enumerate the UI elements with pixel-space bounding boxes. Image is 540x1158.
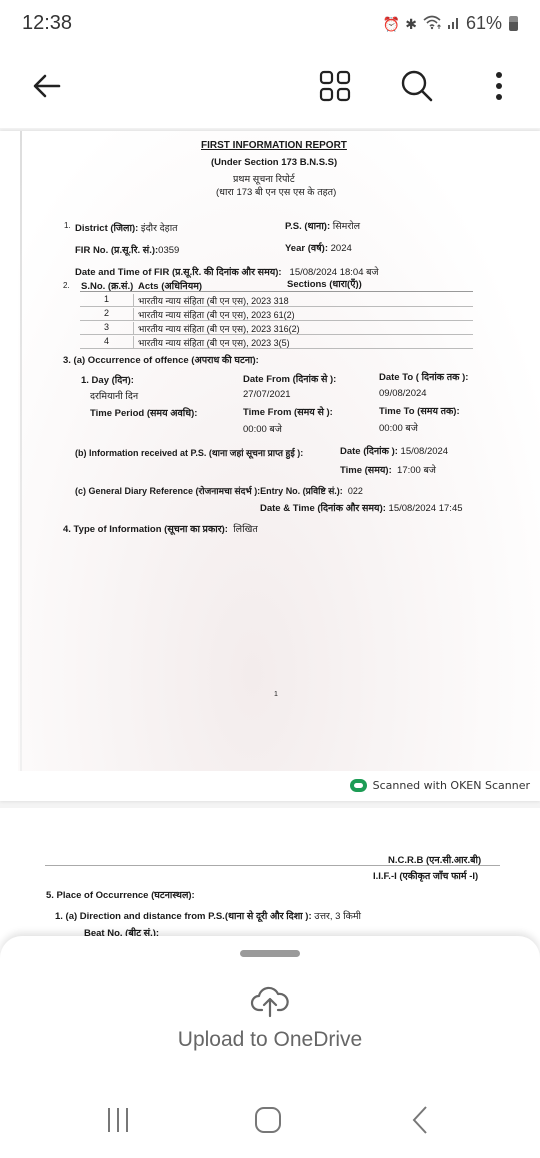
acts-column-divider <box>133 308 134 321</box>
acts-row-divider <box>80 334 473 335</box>
upload-to-onedrive-button[interactable]: Upload to OneDrive <box>150 986 390 1066</box>
back-arrow-icon <box>31 70 63 102</box>
info-date-label: Date (दिनांक ): <box>340 446 398 457</box>
info-type-label: 4. Type of Information (सूचना का प्रकार)… <box>63 524 228 535</box>
wifi-icon <box>422 14 442 34</box>
time-to-value: 00:00 बजे <box>379 421 418 434</box>
ps-value: सिमरोल <box>333 221 360 232</box>
home-icon <box>254 1106 282 1134</box>
district-value: इंदौर देहात <box>141 223 178 234</box>
report-title-hindi: प्रथम सूचना रिपोर्ट <box>233 172 295 185</box>
gd-entry-value: 022 <box>348 486 363 496</box>
date-to-value: 09/08/2024 <box>379 388 427 399</box>
app-toolbar <box>0 50 540 126</box>
acts-row-sno: 1 <box>104 294 109 304</box>
upload-label: Upload to OneDrive <box>150 1028 390 1052</box>
acts-column-divider <box>133 336 134 349</box>
page2-divider <box>45 865 500 866</box>
time-to-label: Time To (समय तक): <box>379 404 460 417</box>
time-from-label: Time From (समय से ): <box>243 405 333 418</box>
fir-no-value: 0359 <box>158 245 179 256</box>
info-time-label: Time (समय): <box>340 465 392 476</box>
more-options-button[interactable] <box>477 64 521 108</box>
acts-row-divider <box>80 320 473 321</box>
date-from-value: 27/07/2021 <box>243 389 291 400</box>
alarm-icon: ⏰ <box>383 15 400 33</box>
place-heading: 5. Place of Occurrence (घटनास्थल): <box>46 888 195 901</box>
acts-row-sno: 3 <box>104 322 109 332</box>
gd-datetime-label: Date & Time (दिनांक और समय): <box>260 503 386 514</box>
sheet-drag-handle[interactable] <box>240 950 300 957</box>
district-number: 1. <box>64 221 71 230</box>
acts-column-divider <box>133 322 134 335</box>
search-icon <box>400 69 434 103</box>
signal-icon <box>447 15 461 33</box>
acts-divider <box>80 291 473 292</box>
report-subtitle: (Under Section 173 B.N.S.S) <box>211 157 337 168</box>
more-options-icon <box>494 70 504 102</box>
acts-column-divider <box>133 294 134 307</box>
grid-view-icon <box>319 70 351 102</box>
document-viewer[interactable]: FIRST INFORMATION REPORT (Under Section … <box>0 128 540 958</box>
nav-back-button[interactable] <box>398 1102 442 1138</box>
time-period-label: Time Period (समय अवधि): <box>90 406 197 419</box>
report-title: FIRST INFORMATION REPORT <box>201 140 347 151</box>
year-value: 2024 <box>331 243 352 254</box>
gd-datetime-value: 15/08/2024 17:45 <box>389 503 463 514</box>
bottom-sheet: Upload to OneDrive <box>0 936 540 1086</box>
bluetooth-icon: ✱ <box>405 15 417 33</box>
date-from-label: Date From (दिनांक से ): <box>243 372 336 385</box>
status-icons: ⏰ ✱ 61% <box>383 13 518 34</box>
status-time: 12:38 <box>22 12 72 35</box>
acts-row-divider <box>80 306 473 307</box>
year-label: Year (वर्ष): <box>285 243 328 254</box>
acts-number: 2. <box>63 281 70 290</box>
cloud-upload-icon <box>250 986 290 1018</box>
battery-icon <box>509 16 518 31</box>
back-button[interactable] <box>25 64 69 108</box>
oken-logo-icon <box>350 779 367 792</box>
scanner-watermark: Scanned with OKEN Scanner <box>350 779 530 792</box>
acts-row-sno: 2 <box>104 308 109 318</box>
occurrence-heading: 3. (a) Occurrence of offence (अपराध की घ… <box>63 353 259 366</box>
report-subtitle-hindi: (धारा 173 बी एन एस एस के तहत) <box>216 185 336 198</box>
time-from-value: 00:00 बजे <box>243 422 282 435</box>
iif-label: I.I.F.-I (एकीकृत जाँच फार्म -I) <box>373 869 478 882</box>
system-nav-bar <box>0 1086 540 1158</box>
search-button[interactable] <box>395 64 439 108</box>
date-to-label: Date To ( दिनांक तक ): <box>379 370 468 383</box>
scanner-watermark-bar: Scanned with OKEN Scanner <box>0 771 540 801</box>
recents-icon <box>105 1106 131 1134</box>
grid-view-button[interactable] <box>313 64 357 108</box>
direction-label: 1. (a) Direction and distance from P.S.(… <box>55 911 312 922</box>
page-mark: 1 <box>274 691 278 698</box>
recents-button[interactable] <box>96 1102 140 1138</box>
day-label: 1. Day (दिन): <box>81 373 134 386</box>
fir-datetime-label: Date and Time of FIR (प्र.सू.रि. की दिना… <box>75 267 282 278</box>
back-icon <box>410 1105 430 1135</box>
battery-percent: 61% <box>466 13 502 34</box>
fir-no-label: FIR No. (प्र.सू.रि. सं.): <box>75 245 158 256</box>
ps-label: P.S. (थाना): <box>285 221 330 232</box>
acts-row-sno: 4 <box>104 336 109 346</box>
info-received-label: (b) Information received at P.S. (थाना ज… <box>75 446 303 459</box>
document-page-1: FIRST INFORMATION REPORT (Under Section … <box>0 131 540 801</box>
status-bar: 12:38 ⏰ ✱ 61% <box>0 0 540 50</box>
info-type-value: लिखित <box>233 524 258 535</box>
scan-edge <box>20 131 22 771</box>
info-date-value: 15/08/2024 <box>401 446 449 457</box>
home-button[interactable] <box>246 1102 290 1138</box>
info-time-value: 17:00 बजे <box>397 465 436 476</box>
gd-reference-label: (c) General Diary Reference (रोजनामचा सं… <box>75 486 343 496</box>
watermark-text: Scanned with OKEN Scanner <box>373 779 530 792</box>
day-value: दरमियानी दिन <box>90 389 138 402</box>
direction-value: उत्तर, 3 किमी <box>314 911 361 922</box>
district-label: District (जिला): <box>75 223 138 234</box>
acts-row-divider <box>80 348 473 349</box>
acts-header-sections: Sections (धारा(एँ)) <box>287 277 362 290</box>
